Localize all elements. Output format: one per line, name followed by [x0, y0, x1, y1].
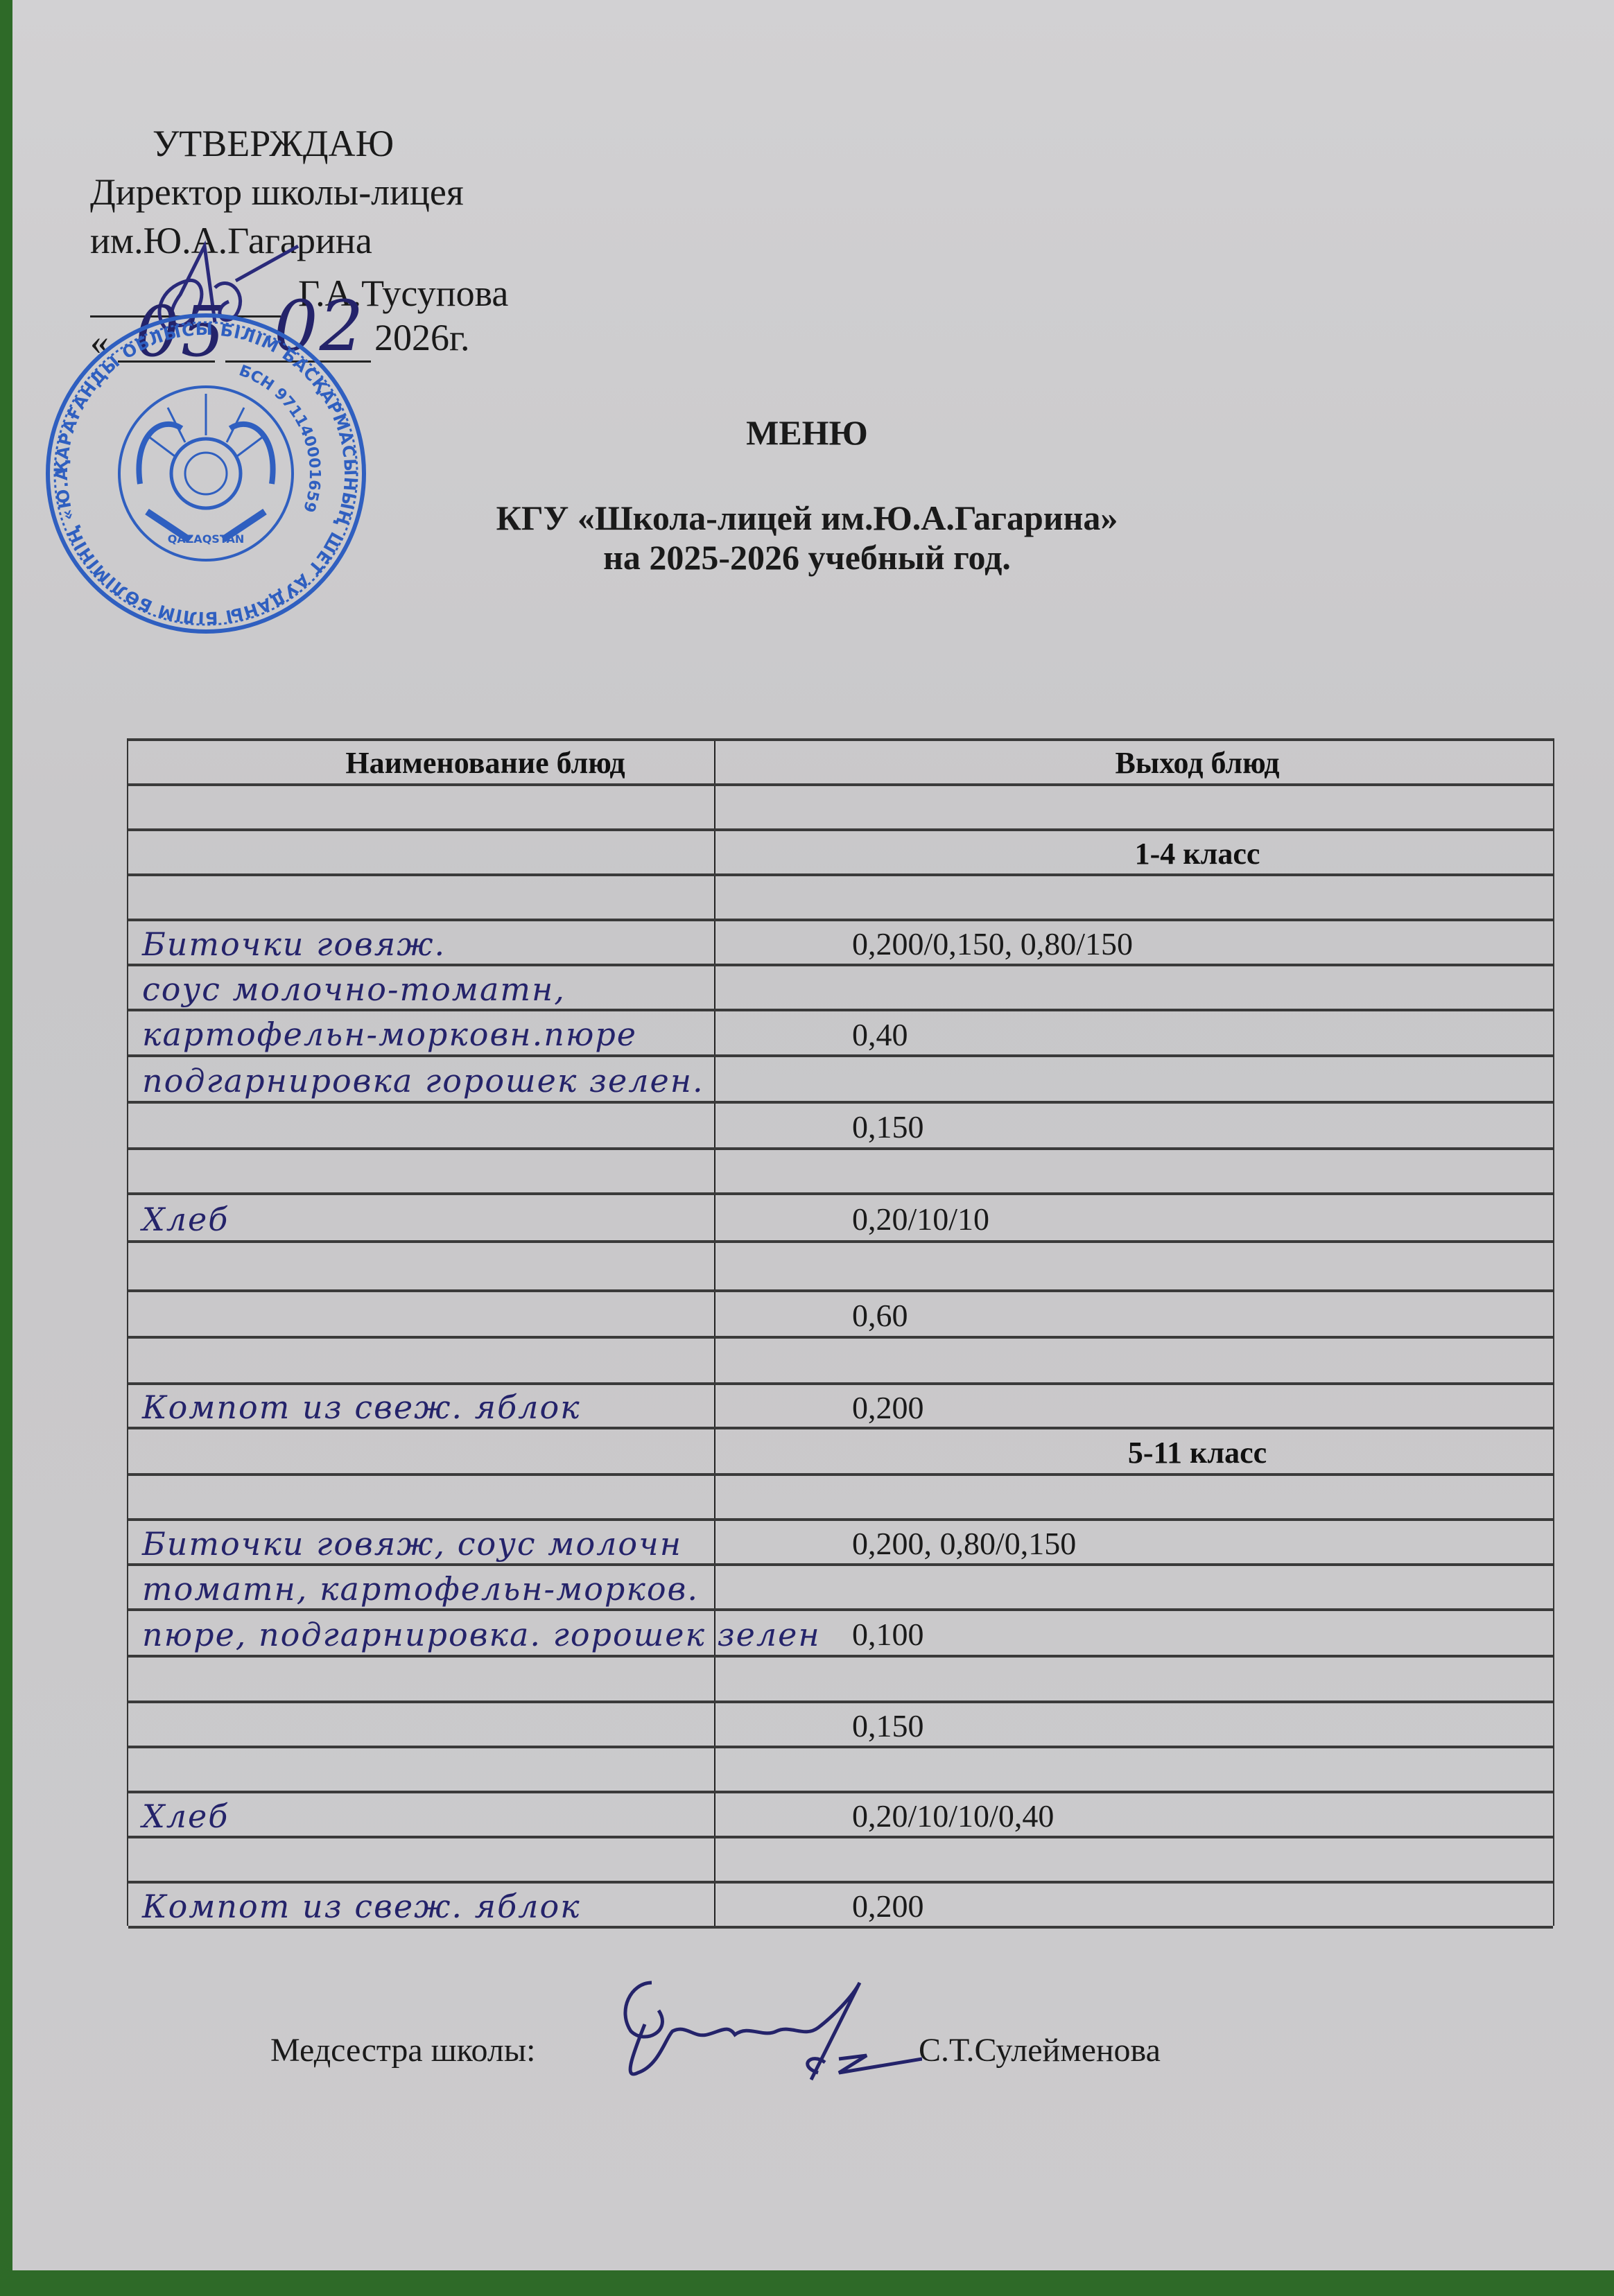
dish-name: Биточки говяж. — [128, 925, 446, 963]
dish-name: картофельн-морковн.пюре — [128, 1016, 637, 1053]
table-row: Биточки говяж, соус молочн0,200, 0,80/0,… — [128, 1518, 1553, 1566]
dish-name: Компот из свеж. яблок — [128, 1888, 581, 1925]
table-row — [128, 1240, 1553, 1292]
approval-position: Директор школы-лицея — [90, 171, 464, 214]
dish-name: подгарнировка горошек зелен. — [128, 1062, 704, 1099]
table-row — [128, 1473, 1553, 1521]
table-row: Биточки говяж.0,200/0,150, 0,80/150 — [128, 919, 1553, 966]
table-row — [128, 1147, 1553, 1195]
class-section-label: 1-4 класс — [844, 836, 1551, 871]
portion-value: 0,200, 0,80/0,150 — [844, 1525, 1076, 1562]
approval-heading: УТВЕРЖДАЮ — [153, 122, 394, 165]
portion-value: 0,20/10/10/0,40 — [844, 1798, 1054, 1834]
dish-name: Хлеб — [128, 1201, 229, 1238]
nurse-name: С.Т.Сулейменова — [919, 2031, 1161, 2069]
portion-value: 0,60 — [844, 1297, 908, 1334]
portion-value: 0,40 — [844, 1016, 908, 1053]
portion-value: 0,20/10/10 — [844, 1201, 989, 1237]
dish-name: Компот из свеж. яблок — [128, 1389, 581, 1426]
table-row: подгарнировка горошек зелен. — [128, 1054, 1553, 1104]
table-row: 1-4 класс — [128, 828, 1553, 876]
header-dish-name: Наименование блюд — [128, 745, 842, 781]
date-year: 2026г. — [374, 316, 470, 359]
table-row: Хлеб0,20/10/10/0,40 — [128, 1791, 1553, 1838]
official-stamp-icon: ҚАРАҒАНДЫ ОБЛЫСЫ БІЛІМ БАСҚАРМАСЫНЫҢ ШЕТ… — [43, 311, 369, 636]
dish-name: пюре, подгарнировка. горошек зелен — [128, 1616, 821, 1653]
table-row: соус молочно-томатн, — [128, 964, 1553, 1011]
dish-name: Биточки говяж, соус молочн — [128, 1525, 682, 1563]
table-row — [128, 1836, 1553, 1884]
table-row — [128, 1336, 1553, 1385]
portion-value: 0,200/0,150, 0,80/150 — [844, 925, 1133, 962]
dish-name: соус молочно-томатн, — [128, 971, 566, 1008]
table-row: Компот из свеж. яблок0,200 — [128, 1382, 1553, 1429]
table-row — [128, 1655, 1553, 1703]
portion-value: 0,200 — [844, 1389, 924, 1426]
nurse-signature-icon — [603, 1969, 922, 2094]
table-row: пюре, подгарнировка. горошек зелен0,100 — [128, 1608, 1553, 1658]
portion-value: 0,150 — [844, 1707, 924, 1744]
organization-title: КГУ «Школа-лицей им.Ю.А.Гагарина» — [0, 498, 1614, 538]
table-right-border — [1553, 738, 1554, 1926]
portion-value: 0,100 — [844, 1616, 924, 1653]
dish-name: Хлеб — [128, 1798, 229, 1835]
class-section-label: 5-11 класс — [844, 1435, 1551, 1470]
table-row — [128, 1746, 1553, 1793]
school-year: на 2025-2026 учебный год. — [0, 537, 1614, 577]
table-bottom-border — [128, 1926, 1553, 1929]
portion-value: 0,200 — [844, 1888, 924, 1924]
table-row: картофельн-морковн.пюре0,40 — [128, 1009, 1553, 1057]
nurse-label: Медсестра школы: — [270, 2031, 535, 2069]
table-row — [128, 873, 1553, 921]
table-row: томатн, картофельн-морков. — [128, 1563, 1553, 1611]
dish-name: томатн, картофельн-морков. — [128, 1570, 699, 1608]
table-row — [128, 783, 1553, 831]
table-row: 0,60 — [128, 1289, 1553, 1339]
header-portion: Выход блюд — [844, 745, 1551, 781]
table-row: 0,150 — [128, 1101, 1553, 1150]
table-row: Компот из свеж. яблок0,200 — [128, 1881, 1553, 1929]
portion-value: 0,150 — [844, 1108, 924, 1145]
table-row: Хлеб0,20/10/10 — [128, 1192, 1553, 1243]
table-header-row: Наименование блюд Выход блюд — [128, 738, 1553, 785]
table-row: 0,150 — [128, 1701, 1553, 1748]
menu-title: МЕНЮ — [0, 412, 1614, 453]
table-row: 5-11 класс — [128, 1427, 1553, 1476]
